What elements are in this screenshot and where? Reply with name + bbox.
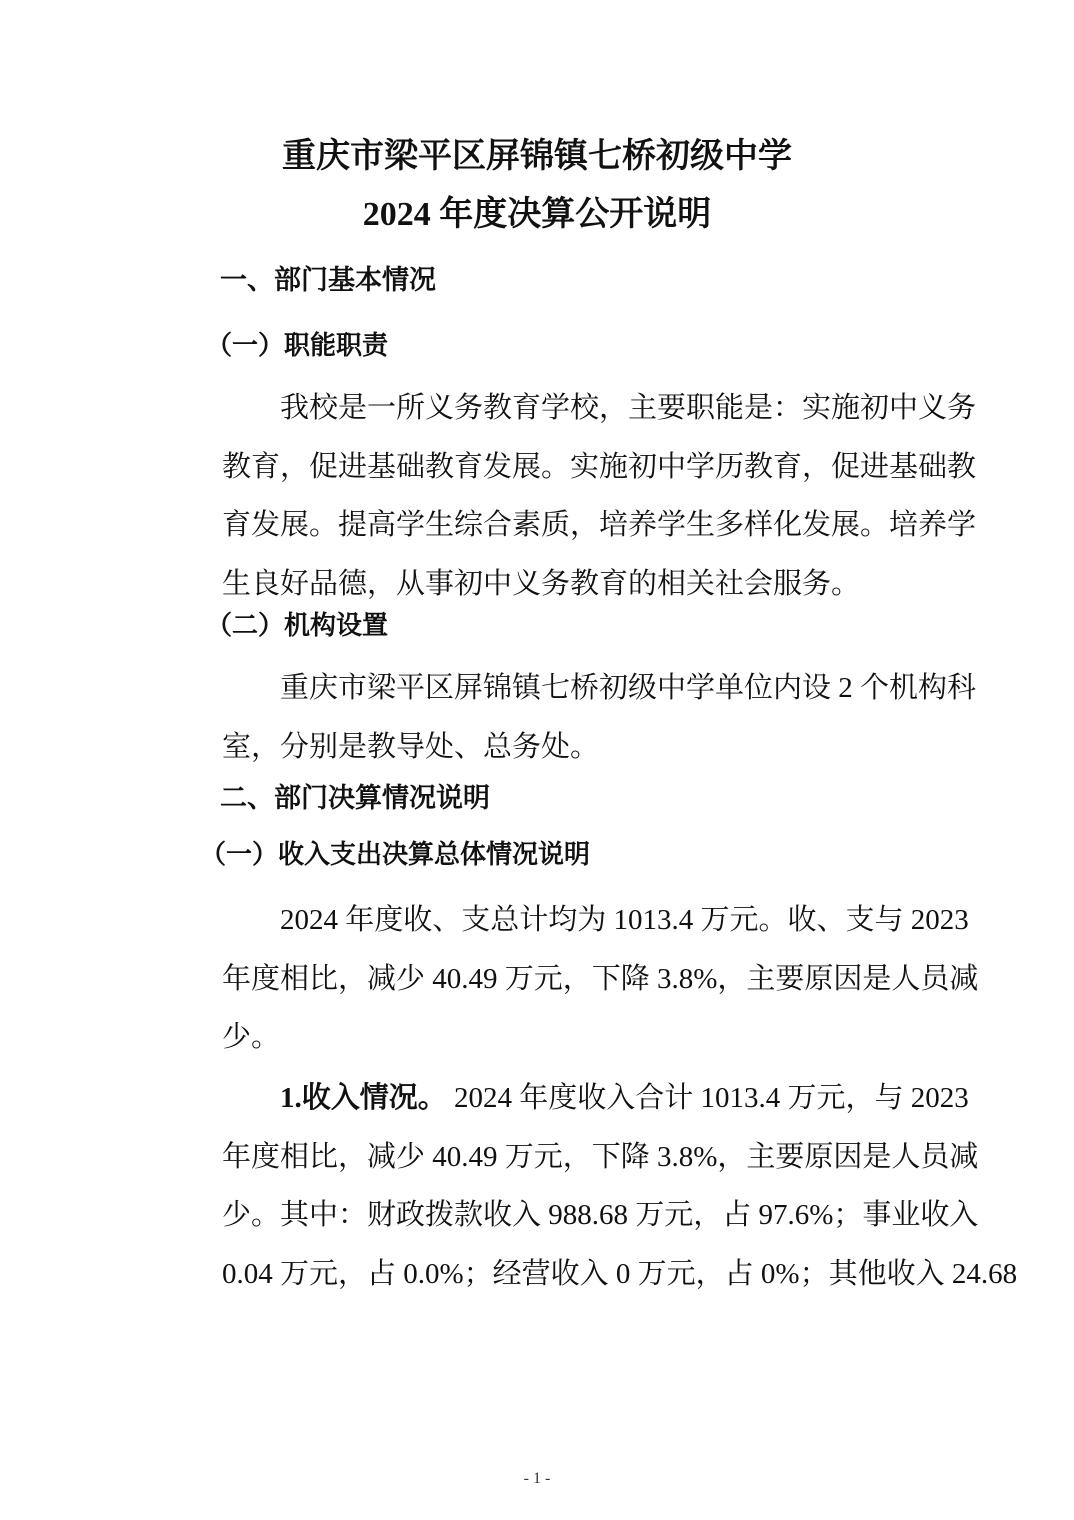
text-line: 教育，促进基础教育发展。实施初中学历教育，促进基础教 (164, 438, 912, 497)
text-line: 育发展。提高学生综合素质，培养学生多样化发展。培养学 (164, 496, 912, 555)
text-line: 室，分别是教导处、总务处。 (164, 718, 912, 777)
income-lead: 1.收入情况。 (280, 1082, 447, 1114)
subsection-heading-functions: （一）职能职责 (206, 329, 388, 363)
subsection-heading-income-expense-overview: （一）收入支出决算总体情况说明 (200, 838, 590, 872)
page-number: - 1 - (0, 1470, 1074, 1488)
text-line: 重庆市梁平区屏锦镇七桥初级中学单位内设 2 个机构科 (164, 659, 912, 718)
text-line: 0.04 万元，占 0.0%；经营收入 0 万元，占 0%；其他收入 24.68 (164, 1245, 912, 1304)
text-line: 生良好品德，从事初中义务教育的相关社会服务。 (164, 555, 912, 614)
text-line: 2024 年度收、支总计均为 1013.4 万元。收、支与 2023 (164, 891, 912, 950)
text-line: 1.收入情况。 2024 年度收入合计 1013.4 万元，与 2023 (164, 1069, 912, 1128)
paragraph-overview: 2024 年度收、支总计均为 1013.4 万元。收、支与 2023 年度相比，… (164, 891, 912, 1067)
section-heading-final-accounts: 二、部门决算情况说明 (220, 782, 490, 816)
section-heading-basic-info: 一、部门基本情况 (220, 264, 436, 298)
subsection-heading-organization: （二）机构设置 (206, 609, 388, 643)
text-line: 少。其中：财政拨款收入 988.68 万元，占 97.6%；事业收入 (164, 1186, 912, 1245)
document-title-line2: 2024 年度决算公开说明 (0, 195, 1074, 235)
income-line1: 2024 年度收入合计 1013.4 万元，与 2023 (447, 1082, 969, 1114)
text-line: 少。 (164, 1008, 912, 1067)
text-line: 我校是一所义务教育学校，主要职能是：实施初中义务 (164, 379, 912, 438)
text-line: 年度相比，减少 40.49 万元，下降 3.8%，主要原因是人员减 (164, 1128, 912, 1187)
paragraph-income: 1.收入情况。 2024 年度收入合计 1013.4 万元，与 2023 年度相… (164, 1069, 912, 1303)
text-line: 年度相比，减少 40.49 万元，下降 3.8%，主要原因是人员减 (164, 950, 912, 1009)
document-title-line1: 重庆市梁平区屏锦镇七桥初级中学 (0, 137, 1074, 177)
paragraph-functions: 我校是一所义务教育学校，主要职能是：实施初中义务 教育，促进基础教育发展。实施初… (164, 379, 912, 613)
paragraph-organization: 重庆市梁平区屏锦镇七桥初级中学单位内设 2 个机构科 室，分别是教导处、总务处。 (164, 659, 912, 776)
